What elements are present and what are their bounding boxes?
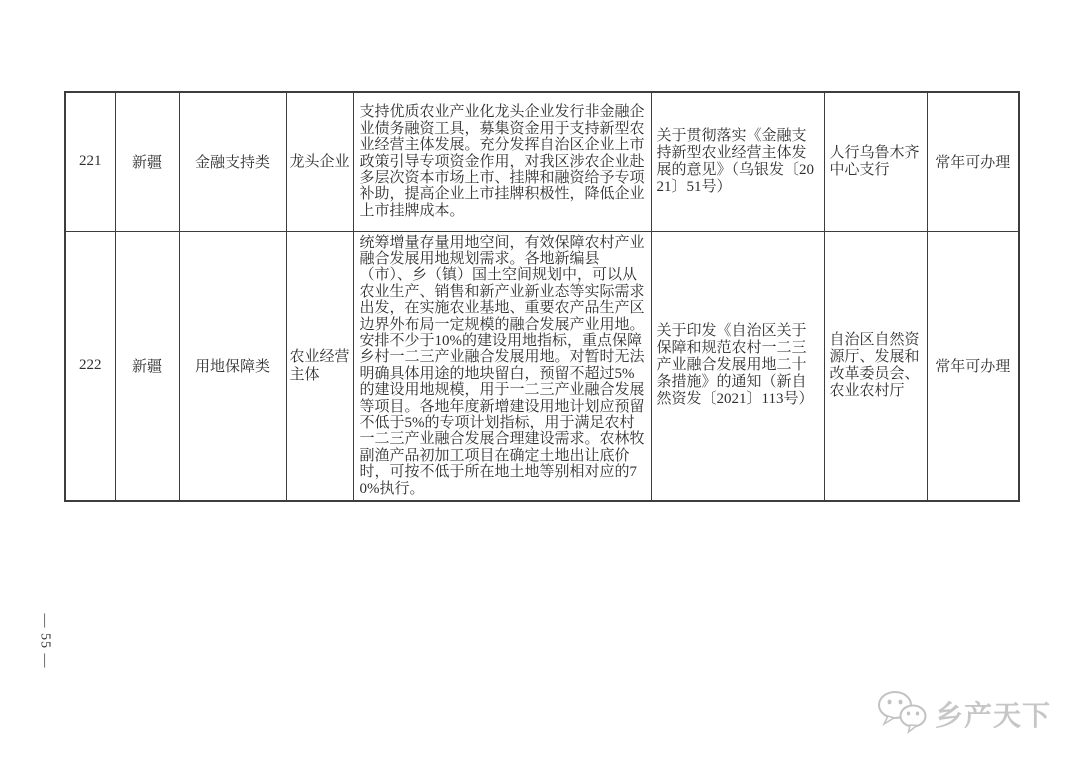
table-row: 221 新疆 金融支持类 龙头企业 支持优质农业产业化龙头企业发行非金融企业债务… <box>65 92 1019 231</box>
watermark-text: 乡产天下 <box>935 694 1051 734</box>
row-number-cell: 222 <box>65 231 115 501</box>
region-cell: 新疆 <box>115 231 179 501</box>
table-row: 222 新疆 用地保障类 农业经营主体 统筹增量存量用地空间，有效保障农村产业融… <box>65 231 1019 501</box>
responsible-department-cell: 自治区自然资源厅、发展和改革委员会、农业农村厅 <box>824 231 927 501</box>
row-number-cell: 221 <box>65 92 115 231</box>
support-target-cell: 农业经营主体 <box>286 231 353 501</box>
policy-table: 221 新疆 金融支持类 龙头企业 支持优质农业产业化龙头企业发行非金融企业债务… <box>64 91 1020 502</box>
policy-content-cell: 支持优质农业产业化龙头企业发行非金融企业债务融资工具，募集资金用于支持新型农业经… <box>353 92 651 231</box>
availability-cell: 常年可办理 <box>927 92 1019 231</box>
wechat-icon <box>876 688 928 739</box>
document-page: 221 新疆 金融支持类 龙头企业 支持优质农业产业化龙头企业发行非金融企业债务… <box>0 0 1080 763</box>
availability-cell: 常年可办理 <box>927 231 1019 501</box>
region-cell: 新疆 <box>115 92 179 231</box>
responsible-department-cell: 人行乌鲁木齐中心支行 <box>824 92 927 231</box>
policy-basis-cell: 关于贯彻落实《金融支持新型农业经营主体发展的意见》（乌银发〔2021〕51号） <box>651 92 824 231</box>
policy-category-cell: 用地保障类 <box>179 231 286 501</box>
support-target-cell: 龙头企业 <box>286 92 353 231</box>
page-number: — 55 — <box>22 602 66 680</box>
policy-category-cell: 金融支持类 <box>179 92 286 231</box>
watermark: 乡产天下 <box>876 688 1051 739</box>
policy-content-cell: 统筹增量存量用地空间，有效保障农村产业融合发展用地规划需求。各地新编县（市）、乡… <box>353 231 651 501</box>
policy-basis-cell: 关于印发《自治区关于保障和规范农村一二三产业融合发展用地二十条措施》的通知（新自… <box>651 231 824 501</box>
